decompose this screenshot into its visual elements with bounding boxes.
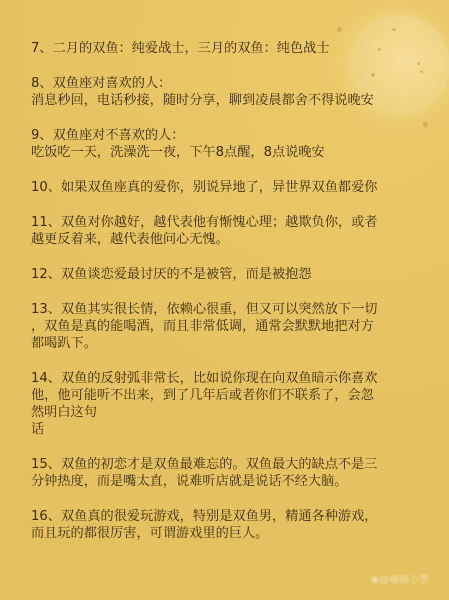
item-line: 11、双鱼对你越好，越代表他有惭愧心理；越欺负你，或者: [31, 214, 431, 231]
item-line: 7、二月的双鱼：纯爱战士，三月的双鱼：纯色战士: [31, 40, 431, 57]
item-line: ，双鱼是真的能喝酒，而且非常低调，通常会默默地把对方: [31, 318, 431, 335]
list-item: 9、双鱼座对不喜欢的人：吃饭吃一天，洗澡洗一夜，下午8点醒，8点说晚安: [31, 127, 431, 161]
list-item: 12、双鱼谈恋爱最讨厌的不是被管，而是被抱怨: [31, 266, 431, 283]
item-line: 16、双鱼真的很爱玩游戏，特别是双鱼男，精通各种游戏，: [31, 508, 431, 525]
speck-decoration: [392, 28, 396, 31]
list-item: 11、双鱼对你越好，越代表他有惭愧心理；越欺负你，或者越更反着来，越代表他问心无…: [31, 214, 431, 248]
watermark: ❀@嗨嗨小梦: [371, 571, 429, 586]
list-item: 13、双鱼其实很长情，依赖心很重，但又可以突然放下一切，双鱼是真的能喝酒，而且非…: [31, 301, 431, 352]
item-line: 他，他可能听不出来，到了几年后或者你们不联系了，会忽: [31, 387, 431, 404]
article-body: 7、二月的双鱼：纯爱战士，三月的双鱼：纯色战士 8、双鱼座对喜欢的人：消息秒回，…: [31, 40, 431, 560]
item-line: 9、双鱼座对不喜欢的人：: [31, 127, 431, 144]
item-line: 10、如果双鱼座真的爱你，别说异地了，异世界双鱼都爱你: [31, 179, 431, 196]
item-line: 13、双鱼其实很长情，依赖心很重，但又可以突然放下一切: [31, 301, 431, 318]
item-line: 都喝趴下。: [31, 335, 431, 352]
list-item: 16、双鱼真的很爱玩游戏，特别是双鱼男，精通各种游戏，而且玩的都很厉害，可谓游戏…: [31, 508, 431, 542]
list-item: 15、双鱼的初恋才是双鱼最难忘的。双鱼最大的缺点不是三分钟热度，而是嘴太直，说难…: [31, 456, 431, 490]
speck-decoration: [337, 27, 342, 32]
item-line: 15、双鱼的初恋才是双鱼最难忘的。双鱼最大的缺点不是三: [31, 456, 431, 473]
item-line: 吃饭吃一天，洗澡洗一夜，下午8点醒，8点说晚安: [31, 144, 431, 161]
item-line: 分钟热度，而是嘴太直，说难听店就是说话不经大脑。: [31, 473, 431, 490]
item-line: 然明白这句: [31, 404, 431, 421]
item-line: 而且玩的都很厉害，可谓游戏里的巨人。: [31, 525, 431, 542]
item-line: 话: [31, 421, 431, 438]
item-line: 14、双鱼的反射弧非常长，比如说你现在向双鱼暗示你喜欢: [31, 370, 431, 387]
item-line: 8、双鱼座对喜欢的人：: [31, 75, 431, 92]
item-line: 越更反着来，越代表他问心无愧。: [31, 231, 431, 248]
list-item: 14、双鱼的反射弧非常长，比如说你现在向双鱼暗示你喜欢他，他可能听不出来，到了几…: [31, 370, 431, 438]
list-item: 8、双鱼座对喜欢的人：消息秒回，电话秒接，随时分享，聊到凌晨都舍不得说晚安: [31, 75, 431, 109]
item-line: 12、双鱼谈恋爱最讨厌的不是被管，而是被抱怨: [31, 266, 431, 283]
item-line: 消息秒回，电话秒接，随时分享，聊到凌晨都舍不得说晚安: [31, 92, 431, 109]
list-item: 10、如果双鱼座真的爱你，别说异地了，异世界双鱼都爱你: [31, 179, 431, 196]
list-item: 7、二月的双鱼：纯爱战士，三月的双鱼：纯色战士: [31, 40, 431, 57]
